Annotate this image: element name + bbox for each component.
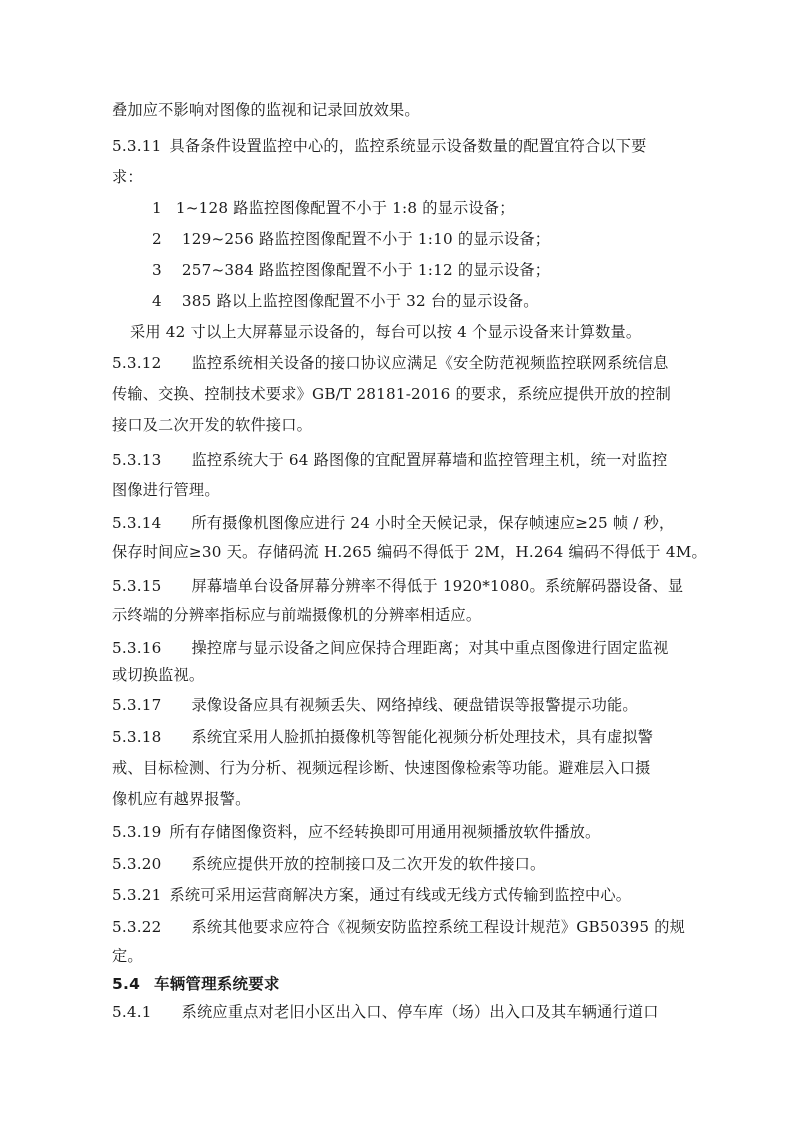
clause-number: 5.3.14 [112, 513, 162, 533]
document-page: 叠加应不影响对图像的监视和记录回放效果。 5.3.11具备条件设置监控中心的，监… [0, 0, 800, 1131]
paragraph-line: 图像进行管理。 [112, 480, 220, 500]
list-item-number: 1 [152, 198, 162, 218]
paragraph-line: 戒、目标检测、行为分析、视频远程诊断、快速图像检索等功能。避难层入口摄 [112, 758, 651, 778]
paragraph-line: 求： [112, 167, 143, 187]
clause-5-3-15: 5.3.15屏幕墙单台设备屏幕分辨率不得低于 1920*1080。系统解码器设备… [112, 576, 683, 596]
list-item-text: 385 路以上监控图像配置不小于 32 台的显示设备。 [182, 292, 539, 310]
list-item-number: 2 [152, 229, 162, 249]
line-text: 求： [112, 168, 143, 186]
section-heading-5-4: 5.4车辆管理系统要求 [112, 974, 280, 994]
clause-number: 5.3.16 [112, 638, 162, 658]
line-text: 示终端的分辨率指标应与前端摄像机的分辨率相适应。 [112, 606, 481, 624]
clause-number: 5.3.13 [112, 450, 162, 470]
clause-number: 5.3.15 [112, 576, 162, 596]
clause-5-3-16: 5.3.16操控席与显示设备之间应保持合理距离；对其中重点图像进行固定监视 [112, 638, 669, 658]
clause-number: 5.3.21 [112, 885, 162, 905]
clause-5-3-11: 5.3.11具备条件设置监控中心的，监控系统显示设备数量的配置宜符合以下要 [112, 136, 647, 156]
clause-5-3-13: 5.3.13监控系统大于 64 路图像的宜配置屏幕墙和监控管理主机，统一对监控 [112, 450, 668, 470]
clause-5-3-19: 5.3.19所有存储图像资料，应不经转换即可用通用视频播放软件播放。 [112, 822, 600, 842]
line-text: 戒、目标检测、行为分析、视频远程诊断、快速图像检索等功能。避难层入口摄 [112, 759, 651, 777]
paragraph-line: 采用 42 寸以上大屏幕显示设备的，每台可以按 4 个显示设备来计算数量。 [130, 322, 641, 342]
clause-number: 5.4.1 [112, 1002, 152, 1022]
clause-5-4-1: 5.4.1系统应重点对老旧小区出入口、停车库（场）出入口及其车辆通行道口 [112, 1002, 659, 1022]
clause-text: 屏幕墙单台设备屏幕分辨率不得低于 1920*1080。系统解码器设备、显 [192, 577, 684, 595]
line-text: 叠加应不影响对图像的监视和记录回放效果。 [112, 101, 420, 119]
clause-5-3-22: 5.3.22系统其他要求应符合《视频安防监控系统工程设计规范》GB50395 的… [112, 917, 685, 937]
paragraph-line: 接口及二次开发的软件接口。 [112, 415, 312, 435]
clause-number: 5.3.12 [112, 353, 162, 373]
paragraph-line: 叠加应不影响对图像的监视和记录回放效果。 [112, 100, 420, 120]
clause-5-3-21: 5.3.21系统可采用运营商解决方案，通过有线或无线方式传输到监控中心。 [112, 885, 631, 905]
clause-text: 系统应提供开放的控制接口及二次开发的软件接口。 [192, 855, 546, 873]
clause-number: 5.3.19 [112, 822, 162, 842]
clause-5-3-14: 5.3.14所有摄像机图像应进行 24 小时全天候记录，保存帧速应≥25 帧 /… [112, 513, 674, 533]
clause-text: 监控系统大于 64 路图像的宜配置屏幕墙和监控管理主机，统一对监控 [192, 451, 668, 469]
line-text: 图像进行管理。 [112, 481, 220, 499]
clause-number: 5.3.22 [112, 917, 162, 937]
line-text: 像机应有越界报警。 [112, 790, 251, 808]
clause-text: 系统宜采用人脸抓拍摄像机等智能化视频分析处理技术，具有虚拟警 [192, 728, 654, 746]
list-item: 3257~384 路监控图像配置不小于 1:12 的显示设备； [152, 260, 550, 280]
section-title: 车辆管理系统要求 [154, 975, 280, 993]
line-text: 或切换监视。 [112, 666, 204, 684]
clause-5-3-18: 5.3.18系统宜采用人脸抓拍摄像机等智能化视频分析处理技术，具有虚拟警 [112, 727, 653, 747]
list-item-text: 1~128 路监控图像配置不小于 1:8 的显示设备； [176, 199, 515, 217]
line-text: 定。 [112, 947, 143, 965]
clause-number: 5.3.18 [112, 727, 162, 747]
line-text: 保存时间应≥30 天。存储码流 H.265 编码不得低于 2M，H.264 编码… [112, 543, 707, 561]
paragraph-line: 或切换监视。 [112, 665, 204, 685]
list-item: 4385 路以上监控图像配置不小于 32 台的显示设备。 [152, 291, 539, 311]
paragraph-line: 定。 [112, 946, 143, 966]
clause-text: 所有存储图像资料，应不经转换即可用通用视频播放软件播放。 [170, 823, 601, 841]
clause-text: 系统可采用运营商解决方案，通过有线或无线方式传输到监控中心。 [170, 886, 632, 904]
line-text: 传输、交换、控制技术要求》GB/T 28181-2016 的要求，系统应提供开放… [112, 385, 671, 403]
clause-5-3-12: 5.3.12监控系统相关设备的接口协议应满足《安全防范视频监控联网系统信息 [112, 353, 669, 373]
clause-text: 所有摄像机图像应进行 24 小时全天候记录，保存帧速应≥25 帧 / 秒， [192, 514, 675, 532]
list-item: 2129~256 路监控图像配置不小于 1:10 的显示设备； [152, 229, 550, 249]
clause-number: 5.3.20 [112, 854, 162, 874]
clause-number: 5.3.11 [112, 136, 162, 156]
line-text: 接口及二次开发的软件接口。 [112, 416, 312, 434]
list-item-number: 3 [152, 260, 162, 280]
paragraph-line: 传输、交换、控制技术要求》GB/T 28181-2016 的要求，系统应提供开放… [112, 384, 671, 404]
list-item: 11~128 路监控图像配置不小于 1:8 的显示设备； [152, 198, 515, 218]
clause-5-3-20: 5.3.20系统应提供开放的控制接口及二次开发的软件接口。 [112, 854, 545, 874]
clause-number: 5.3.17 [112, 695, 162, 715]
paragraph-line: 像机应有越界报警。 [112, 789, 251, 809]
clause-text: 具备条件设置监控中心的，监控系统显示设备数量的配置宜符合以下要 [170, 137, 647, 155]
clause-5-3-17: 5.3.17录像设备应具有视频丢失、网络掉线、硬盘错误等报警提示功能。 [112, 695, 638, 715]
clause-text: 系统其他要求应符合《视频安防监控系统工程设计规范》GB50395 的规 [192, 918, 686, 936]
list-item-number: 4 [152, 291, 162, 311]
paragraph-line: 保存时间应≥30 天。存储码流 H.265 编码不得低于 2M，H.264 编码… [112, 542, 707, 562]
clause-text: 录像设备应具有视频丢失、网络掉线、硬盘错误等报警提示功能。 [192, 696, 638, 714]
clause-text: 系统应重点对老旧小区出入口、停车库（场）出入口及其车辆通行道口 [182, 1003, 659, 1021]
list-item-text: 129~256 路监控图像配置不小于 1:10 的显示设备； [182, 230, 550, 248]
clause-text: 操控席与显示设备之间应保持合理距离；对其中重点图像进行固定监视 [192, 639, 669, 657]
line-text: 采用 42 寸以上大屏幕显示设备的，每台可以按 4 个显示设备来计算数量。 [130, 323, 641, 341]
list-item-text: 257~384 路监控图像配置不小于 1:12 的显示设备； [182, 261, 550, 279]
clause-text: 监控系统相关设备的接口协议应满足《安全防范视频监控联网系统信息 [192, 354, 669, 372]
section-number: 5.4 [112, 974, 144, 994]
paragraph-line: 示终端的分辨率指标应与前端摄像机的分辨率相适应。 [112, 605, 481, 625]
